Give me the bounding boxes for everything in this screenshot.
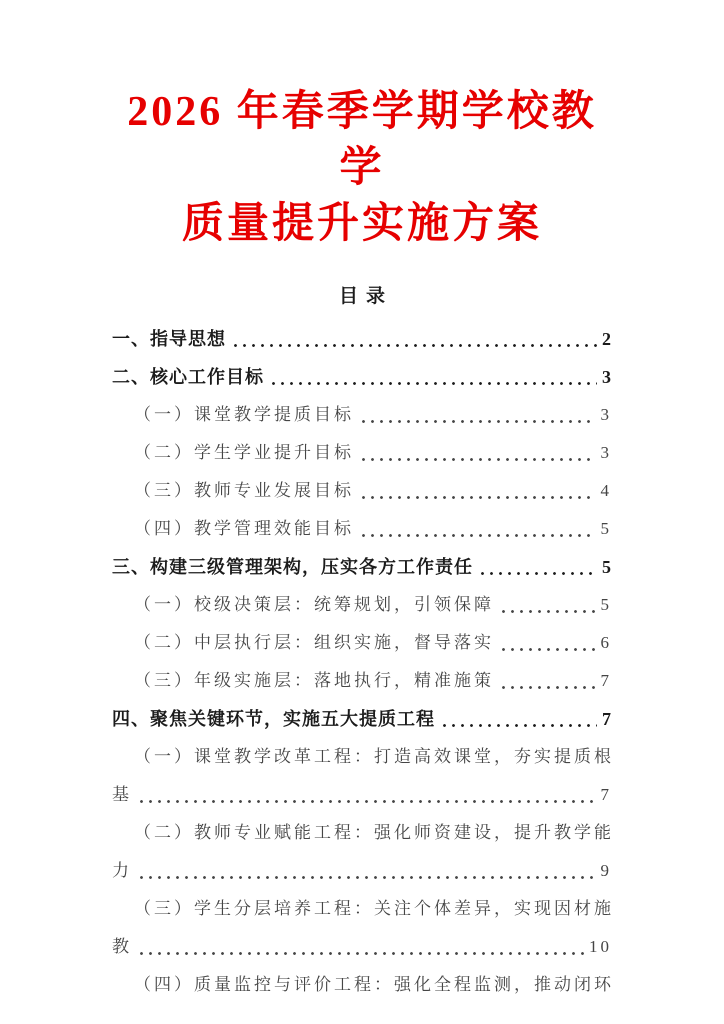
toc-row[interactable]: 三、构建三级管理架构，压实各方工作责任 5: [112, 548, 612, 586]
document-title-line2: 质量提升实施方案: [112, 196, 612, 252]
toc-page-number: 5: [601, 510, 613, 548]
toc-entry-label: （二）学生学业提升目标: [134, 434, 354, 472]
toc-row[interactable]: （三）教师专业发展目标 4: [112, 472, 612, 510]
toc-row[interactable]: （三）学生分层培养工程：关注个体差异，实现因材施: [112, 890, 612, 928]
toc-dot-leader: [137, 928, 584, 966]
toc-dot-leader: [137, 776, 596, 814]
toc-entry-label: 三、构建三级管理架构，压实各方工作责任: [112, 548, 473, 586]
document-title-line1: 2026 年春季学期学校教学: [112, 84, 612, 196]
toc-entry-label: （二）教师专业赋能工程：强化师资建设，提升教学能: [134, 814, 614, 852]
toc-page-number: 6: [601, 624, 613, 662]
toc-dot-leader: [137, 852, 596, 890]
toc-page-number: 3: [601, 434, 613, 472]
toc-entry-label: （一）课堂教学提质目标: [134, 396, 354, 434]
toc-row[interactable]: 二、核心工作目标 3: [112, 358, 612, 396]
document-title: 2026 年春季学期学校教学 质量提升实施方案: [112, 84, 612, 252]
toc-row[interactable]: （一）课堂教学提质目标 3: [112, 396, 612, 434]
toc-entry-label: （三）教师专业发展目标: [134, 472, 354, 510]
toc-row[interactable]: 一、指导思想 2: [112, 320, 612, 358]
toc-page-number: 5: [601, 586, 613, 624]
toc-entry-label: 一、指导思想: [112, 320, 226, 358]
toc-page-number: 5: [602, 548, 612, 586]
toc-entry-label: 四、聚焦关键环节，实施五大提质工程: [112, 700, 435, 738]
toc-row[interactable]: （四）质量监控与评价工程：强化全程监测，推动闭环: [112, 966, 612, 1004]
document-page: 2026 年春季学期学校教学 质量提升实施方案 目录 一、指导思想 2 二、核心…: [0, 0, 724, 1024]
toc-row[interactable]: 基 7: [112, 776, 612, 814]
toc-dot-leader: [499, 662, 596, 700]
toc-entry-label: 力: [112, 852, 132, 890]
toc-row[interactable]: （二）中层执行层：组织实施，督导落实 6: [112, 624, 612, 662]
toc-page-number: 7: [601, 662, 613, 700]
toc-row[interactable]: （二）教师专业赋能工程：强化师资建设，提升教学能: [112, 814, 612, 852]
toc-row[interactable]: 力 9: [112, 852, 612, 890]
toc-row[interactable]: 四、聚焦关键环节，实施五大提质工程 7: [112, 700, 612, 738]
toc-entry-label: （二）中层执行层：组织实施，督导落实: [134, 624, 494, 662]
toc-dot-leader: [359, 510, 596, 548]
toc-row[interactable]: 教 10: [112, 928, 612, 966]
toc-dot-leader: [359, 396, 596, 434]
toc-dot-leader: [440, 700, 597, 738]
toc-dot-leader: [231, 320, 597, 358]
toc-dot-leader: [499, 624, 596, 662]
toc-page-number: 4: [601, 472, 613, 510]
toc-page-number: 7: [601, 776, 613, 814]
toc-row[interactable]: （三）年级实施层：落地执行，精准施策 7: [112, 662, 612, 700]
toc-row[interactable]: （二）学生学业提升目标 3: [112, 434, 612, 472]
toc-row[interactable]: （一）校级决策层：统筹规划，引领保障 5: [112, 586, 612, 624]
toc-page-number: 3: [601, 396, 613, 434]
toc-page-number: 9: [601, 852, 613, 890]
toc-entry-label: 教: [112, 928, 132, 966]
toc-page-number: 10: [589, 928, 612, 966]
toc-entry-label: （三）年级实施层：落地执行，精准施策: [134, 662, 494, 700]
toc-entry-label: （一）校级决策层：统筹规划，引领保障: [134, 586, 494, 624]
toc-row[interactable]: （四）教学管理效能目标 5: [112, 510, 612, 548]
toc-dot-leader: [478, 548, 597, 586]
toc-row[interactable]: （一）课堂教学改革工程：打造高效课堂，夯实提质根: [112, 738, 612, 776]
toc-entry-label: （三）学生分层培养工程：关注个体差异，实现因材施: [134, 890, 614, 928]
toc-entry-label: 二、核心工作目标: [112, 358, 264, 396]
toc-dot-leader: [269, 358, 597, 396]
toc-dot-leader: [359, 434, 596, 472]
toc-page-number: 7: [602, 700, 612, 738]
toc-entry-label: （四）质量监控与评价工程：强化全程监测，推动闭环: [134, 966, 614, 1004]
toc-page-number: 3: [602, 358, 612, 396]
toc-list: 一、指导思想 2 二、核心工作目标 3 （一）课堂教学提质目标 3 （二）学生学…: [112, 320, 612, 1004]
toc-dot-leader: [499, 586, 596, 624]
toc-entry-label: （一）课堂教学改革工程：打造高效课堂，夯实提质根: [134, 738, 614, 776]
toc-page-number: 2: [602, 320, 612, 358]
toc-heading: 目录: [112, 284, 612, 310]
toc-entry-label: （四）教学管理效能目标: [134, 510, 354, 548]
toc-entry-label: 基: [112, 776, 132, 814]
toc-dot-leader: [359, 472, 596, 510]
